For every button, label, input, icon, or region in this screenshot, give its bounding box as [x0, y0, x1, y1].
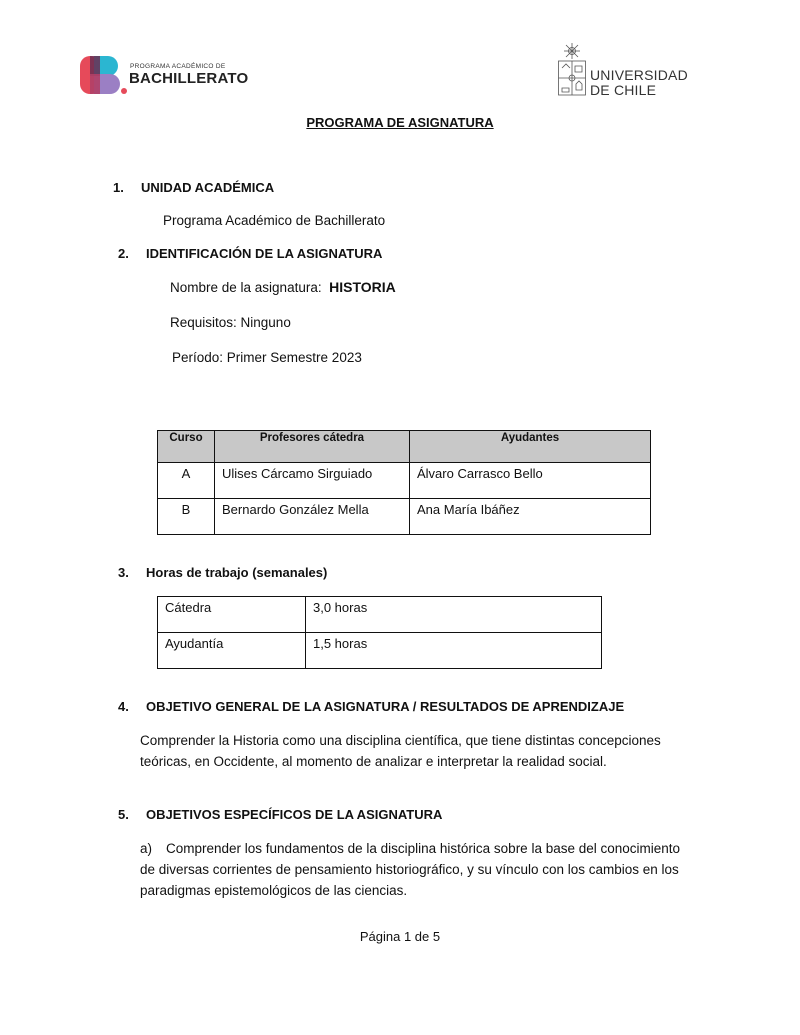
- section-3-heading: 3.Horas de trabajo (semanales): [118, 565, 327, 580]
- paragraph-line: a)Comprender los fundamentos de la disci…: [140, 838, 680, 859]
- teachers-table: Curso Profesores cátedra Ayudantes A Uli…: [157, 430, 651, 535]
- unidad-academica-value: Programa Académico de Bachillerato: [163, 212, 385, 229]
- bachillerato-logo: PROGRAMA ACADÉMICO DE BACHILLERATO: [80, 55, 250, 97]
- profesor-cell: Ulises Cárcamo Sirguiado: [215, 463, 410, 499]
- table-row: A Ulises Cárcamo Sirguiado Álvaro Carras…: [158, 463, 651, 499]
- section-number: 5.: [118, 807, 146, 822]
- paragraph-line: paradigmas epistemológicos de las cienci…: [140, 880, 680, 901]
- objetivo-general-text: Comprender la Historia como una discipli…: [140, 730, 661, 772]
- objetivo-especifico-a: a)Comprender los fundamentos de la disci…: [140, 838, 680, 901]
- periodo: Período: Primer Semestre 2023: [172, 349, 362, 366]
- section-title: OBJETIVO GENERAL DE LA ASIGNATURA / RESU…: [146, 699, 624, 714]
- table-row: Ayudantía 1,5 horas: [158, 633, 602, 669]
- bachillerato-logo-mark-icon: [80, 55, 128, 95]
- table-row: B Bernardo González Mella Ana María Ibáñ…: [158, 499, 651, 535]
- university-name: UNIVERSIDAD DE CHILE: [590, 68, 688, 98]
- section-title: Horas de trabajo (semanales): [146, 565, 327, 580]
- section-5-heading: 5.OBJETIVOS ESPECÍFICOS DE LA ASIGNATURA: [118, 807, 442, 822]
- hours-table: Cátedra 3,0 horas Ayudantía 1,5 horas: [157, 596, 602, 669]
- curso-cell: A: [158, 463, 215, 499]
- section-4-heading: 4.OBJETIVO GENERAL DE LA ASIGNATURA / RE…: [118, 699, 624, 714]
- section-title: OBJETIVOS ESPECÍFICOS DE LA ASIGNATURA: [146, 807, 442, 822]
- paragraph-line-text: Comprender los fundamentos de la discipl…: [166, 841, 680, 856]
- list-marker: a): [140, 838, 166, 859]
- requisitos: Requisitos: Ninguno: [170, 314, 291, 331]
- document-title-text: PROGRAMA DE ASIGNATURA: [306, 115, 493, 130]
- section-number: 3.: [118, 565, 146, 580]
- university-name-line1: UNIVERSIDAD: [590, 68, 688, 83]
- logo-subtitle: PROGRAMA ACADÉMICO DE: [130, 63, 226, 70]
- paragraph-line: teóricas, en Occidente, al momento de an…: [140, 751, 661, 772]
- section-number: 1.: [113, 180, 141, 195]
- document-title: PROGRAMA DE ASIGNATURA: [0, 115, 800, 130]
- column-header: Curso: [158, 431, 215, 463]
- column-header: Profesores cátedra: [215, 431, 410, 463]
- column-header: Ayudantes: [410, 431, 651, 463]
- section-number: 4.: [118, 699, 146, 714]
- asignatura-name-row: Nombre de la asignatura: HISTORIA: [170, 279, 396, 296]
- section-title: IDENTIFICACIÓN DE LA ASIGNATURA: [146, 246, 382, 261]
- curso-cell: B: [158, 499, 215, 535]
- section-number: 2.: [118, 246, 146, 261]
- page-number: Página 1 de 5: [0, 929, 800, 944]
- university-crest-icon: [557, 42, 587, 97]
- ayudante-cell: Álvaro Carrasco Bello: [410, 463, 651, 499]
- table-header-row: Curso Profesores cátedra Ayudantes: [158, 431, 651, 463]
- hours-cell: 1,5 horas: [306, 633, 602, 669]
- asignatura-name-value: HISTORIA: [329, 279, 396, 295]
- ayudante-cell: Ana María Ibáñez: [410, 499, 651, 535]
- section-2-heading: 2.IDENTIFICACIÓN DE LA ASIGNATURA: [118, 246, 382, 261]
- hours-cell: 3,0 horas: [306, 597, 602, 633]
- section-title: UNIDAD ACADÉMICA: [141, 180, 274, 195]
- activity-cell: Cátedra: [158, 597, 306, 633]
- activity-cell: Ayudantía: [158, 633, 306, 669]
- asignatura-name-label: Nombre de la asignatura:: [170, 280, 322, 295]
- logo-title: BACHILLERATO: [129, 70, 248, 87]
- profesor-cell: Bernardo González Mella: [215, 499, 410, 535]
- section-1-heading: 1.UNIDAD ACADÉMICA: [113, 180, 274, 195]
- universidad-de-chile-logo: UNIVERSIDAD DE CHILE: [557, 42, 697, 98]
- paragraph-line: Comprender la Historia como una discipli…: [140, 730, 661, 751]
- university-name-line2: DE CHILE: [590, 83, 688, 98]
- table-row: Cátedra 3,0 horas: [158, 597, 602, 633]
- paragraph-line: de diversas corrientes de pensamiento hi…: [140, 859, 680, 880]
